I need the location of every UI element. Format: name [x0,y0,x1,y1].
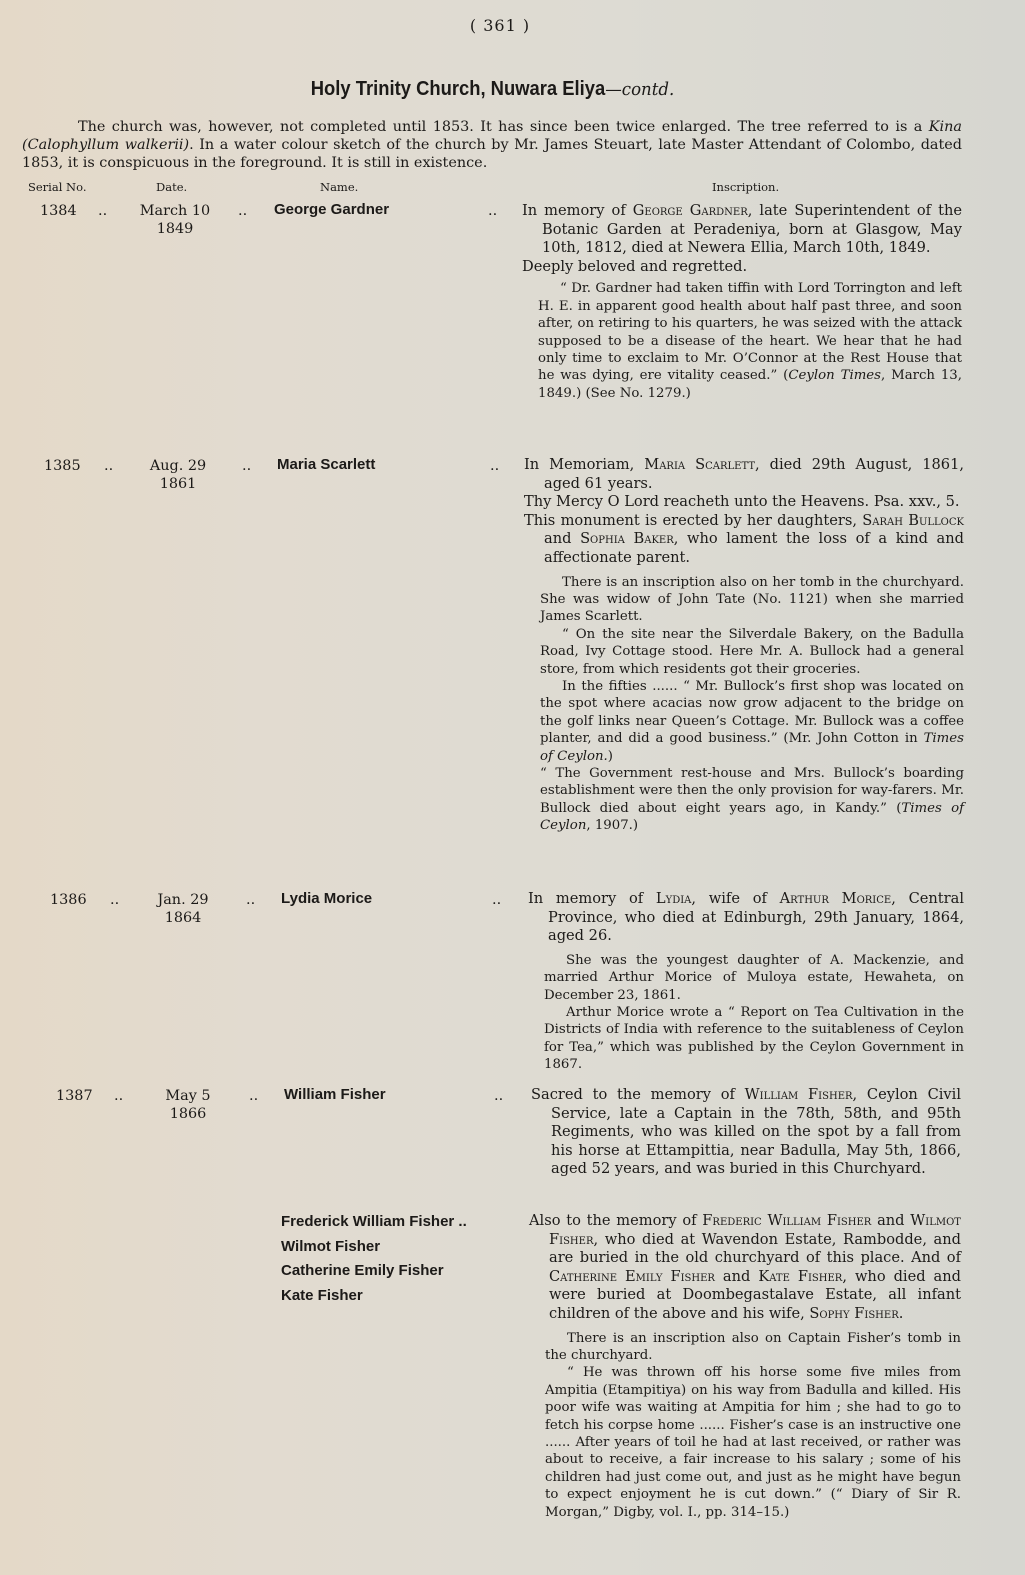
entry-date: May 5 1866 [143,1087,233,1123]
inscription-text: This monument is erected by her daughter… [524,512,964,568]
page-title: Holy Trinity Church, Nuwara Eliya—contd. [39,78,945,101]
date-year: 1849 [130,220,220,238]
date-year: 1861 [133,475,223,493]
name-line: Kate Fisher [281,1284,467,1309]
separator: .. [114,1087,123,1105]
separator: .. [238,202,247,220]
entry-name: George Gardner [274,198,389,223]
entry-date: Jan. 29 1864 [138,891,228,927]
inscription-text: Thy Mercy O Lord reacheth unto the Heave… [524,493,964,512]
inscription: In Memoriam, Maria Scarlett, died 29th A… [524,456,964,835]
serial-number: 1386 [50,891,87,909]
name-line: Frederick William Fisher .. [281,1210,467,1235]
entry-name: Frederick William Fisher .. Wilmot Fishe… [281,1210,467,1308]
date-day: Aug. 29 [133,457,223,475]
inscription-text: Sacred to the memory of William Fisher, … [531,1086,961,1179]
note-text: There is an inscription also on her tomb… [540,574,964,626]
title-suffix: —contd. [605,79,674,100]
inscription: In memory of Lydia, wife of Arthur Moric… [528,890,964,1074]
serial-number: 1387 [56,1087,93,1105]
inscription-text: Deeply beloved and regretted. [522,258,962,277]
note-text: She was the youngest daughter of A. Mack… [544,952,964,1004]
column-header-inscription: Inscription. [712,180,779,194]
note-text: “ Dr. Gardner had taken tiffin with Lord… [538,280,962,402]
separator: .. [242,457,251,475]
entry-date: March 10 1849 [130,202,220,238]
separator: .. [494,1087,503,1105]
date-day: Jan. 29 [138,891,228,909]
separator: .. [104,457,113,475]
note-text: There is an inscription also on Captain … [545,1330,961,1365]
entry-date: Aug. 29 1861 [133,457,223,493]
separator: .. [490,457,499,475]
column-header-date: Date. [156,180,187,194]
note: “ Dr. Gardner had taken tiffin with Lord… [522,280,962,402]
entry-name: Maria Scarlett [277,453,375,478]
separator: .. [492,891,501,909]
inscription-text: In memory of George Gardner, late Superi… [522,202,962,258]
note-text: Arthur Morice wrote a “ Report on Tea Cu… [544,1004,964,1074]
separator: .. [98,202,107,220]
inscription: Sacred to the memory of William Fisher, … [531,1086,961,1179]
date-day: March 10 [130,202,220,220]
serial-number: 1384 [40,202,77,220]
note-text: “ The Government rest-house and Mrs. Bul… [540,765,964,835]
inscription-text: In Memoriam, Maria Scarlett, died 29th A… [524,456,964,493]
page-number: ( 361 ) [0,16,1000,35]
intro-paragraph: The church was, however, not completed u… [22,118,962,172]
inscription-text: Also to the memory of Frederic William F… [529,1212,961,1324]
serial-number: 1385 [44,457,81,475]
intro-text-1: The church was, however, not completed u… [78,119,929,135]
inscription: Also to the memory of Frederic William F… [529,1212,961,1521]
date-year: 1866 [143,1105,233,1123]
name-line: Wilmot Fisher [281,1235,467,1260]
inscription-text: In memory of Lydia, wife of Arthur Moric… [528,890,964,946]
note-text: In the fifties ...... “ Mr. Bullock’s fi… [540,678,964,765]
column-header-name: Name. [320,180,358,194]
separator: .. [249,1087,258,1105]
name-line: Catherine Emily Fisher [281,1259,467,1284]
note: She was the youngest daughter of A. Mack… [528,952,964,1074]
separator: .. [110,891,119,909]
column-header-serial: Serial No. [28,180,87,194]
note-text: “ He was thrown off his horse some five … [545,1364,961,1521]
separator: .. [488,202,497,220]
note-text: “ On the site near the Silverdale Bakery… [540,626,964,678]
separator: .. [246,891,255,909]
inscription: In memory of George Gardner, late Superi… [522,202,962,402]
entry-name: Lydia Morice [281,887,372,912]
title-text: Holy Trinity Church, Nuwara Eliya [311,78,605,100]
note: There is an inscription also on her tomb… [524,574,964,835]
entry-name: William Fisher [284,1083,386,1108]
date-day: May 5 [143,1087,233,1105]
note: There is an inscription also on Captain … [529,1330,961,1521]
date-year: 1864 [138,909,228,927]
